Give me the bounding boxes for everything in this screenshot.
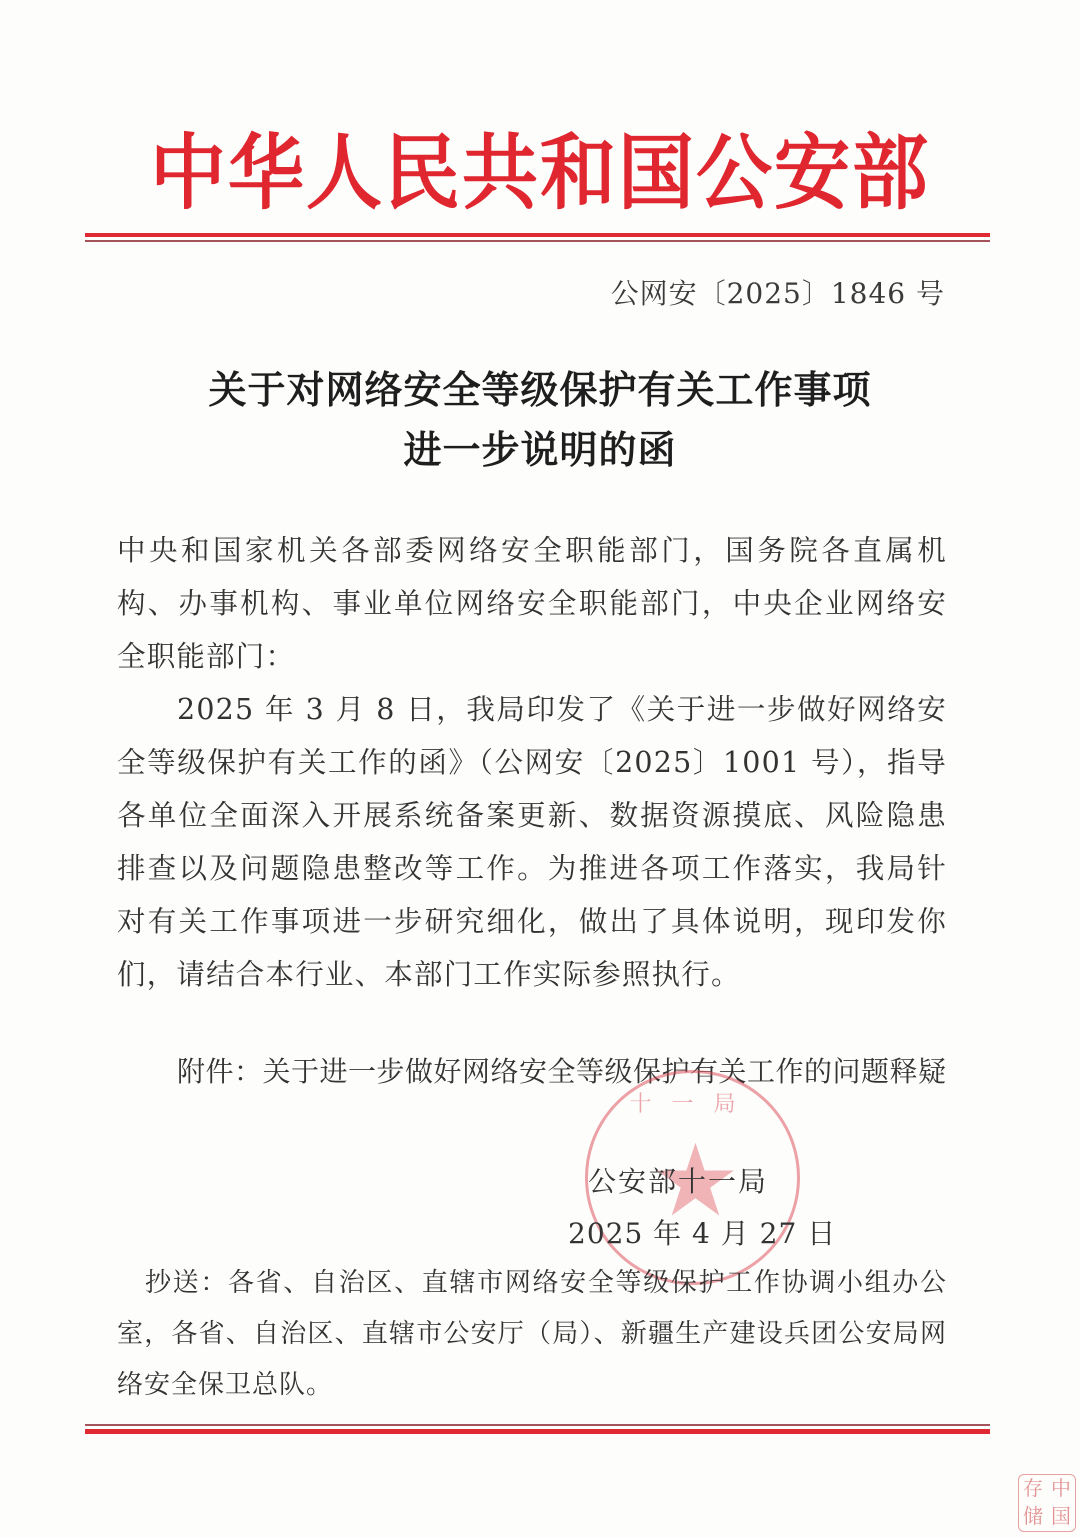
addressee: 中央和国家机关各部委网络安全职能部门，国务院各直属机构、办事机构、事业单位网络安…	[117, 524, 947, 683]
header-divider	[85, 233, 990, 242]
signer: 公安部十一局	[588, 1160, 768, 1200]
document-title: 关于对网络安全等级保护有关工作事项 进一步说明的函	[0, 360, 1080, 480]
watermark-char: 储	[1019, 1503, 1047, 1531]
seal-ring-text: 十一局	[588, 1087, 797, 1118]
signature-date: 2025 年 4 月 27 日	[568, 1212, 836, 1252]
watermark-char: 国	[1047, 1503, 1075, 1531]
title-line-2: 进一步说明的函	[0, 420, 1080, 480]
cc-label: 抄送：	[117, 1268, 228, 1298]
watermark-char: 中	[1047, 1475, 1075, 1503]
document-number: 公网安〔2025〕1846 号	[611, 272, 945, 312]
attachment-line: 附件：关于进一步做好网络安全等级保护有关工作的问题释疑	[177, 1050, 947, 1090]
body-paragraph: 2025 年 3 月 8 日，我局印发了《关于进一步做好网络安全等级保护有关工作…	[117, 683, 947, 1001]
watermark-stamp-icon: 存 中 储 国	[1018, 1474, 1076, 1532]
cc-text: 各省、自治区、直辖市网络安全等级保护工作协调小组办公室，各省、自治区、直辖市公安…	[117, 1268, 947, 1400]
cc-section: 抄送：各省、自治区、直辖市网络安全等级保护工作协调小组办公室，各省、自治区、直辖…	[117, 1258, 947, 1411]
title-line-1: 关于对网络安全等级保护有关工作事项	[0, 360, 1080, 420]
footer-divider	[85, 1424, 990, 1434]
issuer-masthead: 中华人民共和国公安部	[0, 124, 1080, 221]
watermark-char: 存	[1019, 1475, 1047, 1503]
